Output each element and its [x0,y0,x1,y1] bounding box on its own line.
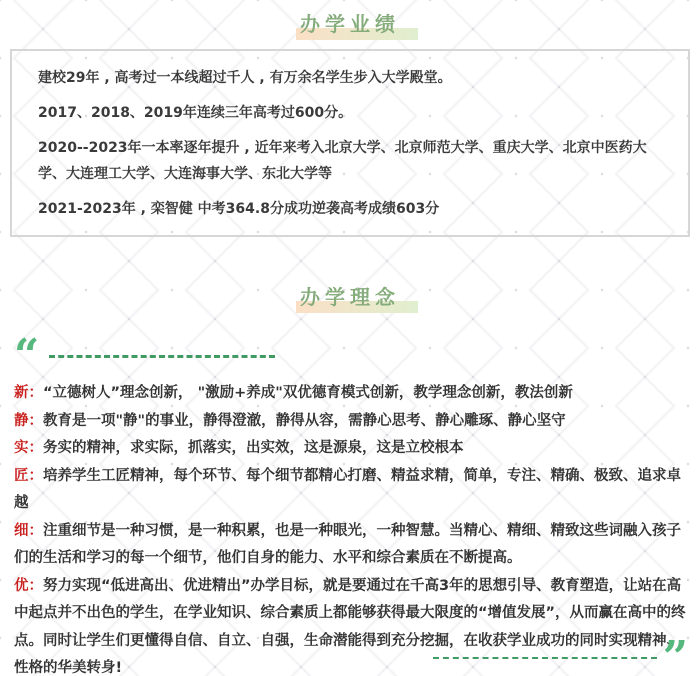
achievements-title-text: 办学业绩 [300,12,400,36]
quote-open-divider: “ [14,342,700,370]
philosophy-item-body: 培养学生工匠精神，每个环节、每个细节都精心打磨、精益求精，简单，专注、精确、极致… [14,468,681,512]
philosophy-item-lead: 新： [14,385,43,401]
philosophy-item-lead: 实： [14,440,43,456]
philosophy-item-lead: 优： [14,578,43,594]
achievement-paragraph: 2020--2023年一本率逐年提升 , 近年来考入北京大学、北京师范大学、重庆… [38,135,662,187]
philosophy-title-text: 办学理念 [300,285,400,309]
dashed-line-close [433,657,657,659]
achievement-paragraph: 建校29年 , 高考过一本线超过千人 , 有万余名学生步入大学殿堂。 [38,65,662,91]
quote-close-divider: ” [433,644,688,672]
philosophy-item-body: 注重细节是一种习惯，是一种积累，也是一种眼光，一种智慧。当精心、精细、精致这些词… [14,523,681,567]
philosophy-item-lead: 细： [14,523,43,539]
achievement-paragraph: 2017、2018、2019年连续三年高考过600分。 [38,100,662,126]
philosophy-item: 细：注重细节是一种习惯，是一种积累，也是一种眼光，一种智慧。当精心、精细、精致这… [14,518,686,573]
achievements-section-title: 办学业绩 [298,8,402,37]
philosophy-item-body: 务实的精神，求实际，抓落实，出实效，这是源泉，这是立校根本 [43,440,464,456]
open-quote-icon: “ [14,346,39,366]
philosophy-item: 新：“立德树人”理念创新， "激励+养成"双优德育模式创新，教学理念创新，教法创… [14,380,686,408]
achievement-paragraph: 2021-2023年 , 栾智健 中考364.8分成功逆袭高考成绩603分 [38,196,662,222]
philosophy-title-wrap: 办学理念 [0,281,700,310]
philosophy-item-body: 教育是一项"静"的事业，静得澄澈，静得从容，需静心思考、静心雕琢、静心坚守 [43,413,566,429]
philosophy-item-lead: 静： [14,413,43,429]
philosophy-section-title: 办学理念 [298,281,402,310]
philosophy-text: 新：“立德树人”理念创新， "激励+养成"双优德育模式创新，教学理念创新，教法创… [14,380,686,676]
achievements-box: 建校29年 , 高考过一本线超过千人 , 有万余名学生步入大学殿堂。 2017、… [10,49,690,237]
philosophy-item-lead: 匠： [14,468,43,484]
page: 办学业绩 建校29年 , 高考过一本线超过千人 , 有万余名学生步入大学殿堂。 … [0,0,700,676]
achievements-title-wrap: 办学业绩 [0,0,700,37]
close-quote-icon: ” [663,641,688,675]
philosophy-item: 静：教育是一项"静"的事业，静得澄澈，静得从容，需静心思考、静心雕琢、静心坚守 [14,408,686,436]
philosophy-item-body: “立德树人”理念创新， "激励+养成"双优德育模式创新，教学理念创新，教法创新 [43,385,573,401]
philosophy-item: 匠：培养学生工匠精神，每个环节、每个细节都精心打磨、精益求精，简单，专注、精确、… [14,463,686,518]
dashed-line-open [49,355,275,358]
philosophy-item: 实：务实的精神，求实际，抓落实，出实效，这是源泉，这是立校根本 [14,435,686,463]
